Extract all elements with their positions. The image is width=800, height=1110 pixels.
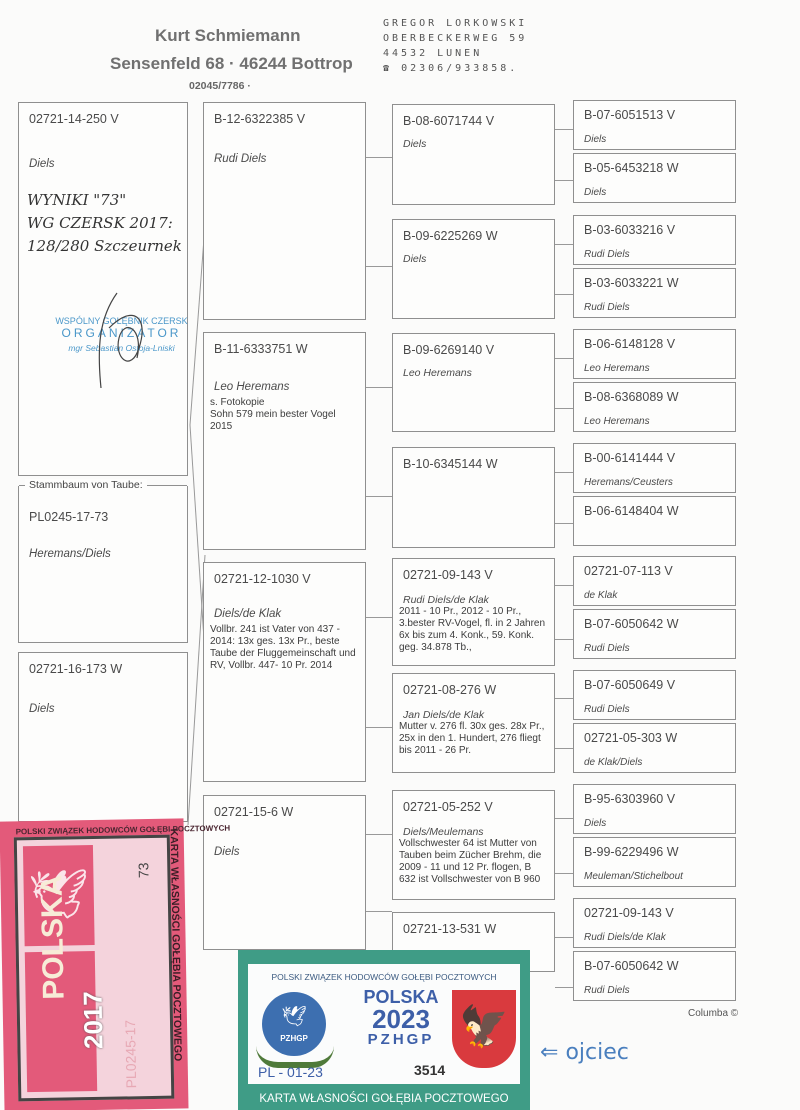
- connector-line: [366, 496, 392, 497]
- polish-eagle-emblem: 🦅: [452, 990, 516, 1068]
- signature-icon: [89, 288, 159, 398]
- pedigree-gen4-box: B-06-6148128 V Leo Heremans: [573, 329, 736, 379]
- pedigree-gen3-box: B-09-6225269 W Diels: [392, 219, 555, 319]
- breeder: Diels: [29, 703, 55, 715]
- ring-number: B-08-6368089 W: [584, 390, 679, 404]
- connector-line: [366, 266, 392, 267]
- ring-number: 02721-13-531 W: [403, 922, 496, 936]
- pedigree-gen4-box: B-08-6368089 W Leo Heremans: [573, 382, 736, 432]
- card-frame: 🕊 POLSKA 2017 PL0245-17 73: [14, 835, 175, 1102]
- breeder: Jan Diels/de Klak: [403, 709, 484, 721]
- father-label: ojciec: [565, 1040, 628, 1065]
- breeder: Leo Heremans: [403, 367, 472, 379]
- ring-number: B-08-6071744 V: [403, 114, 494, 128]
- breeder: Rudi Diels/de Klak: [403, 594, 489, 606]
- card-year: 2023: [356, 1006, 446, 1032]
- pedigree-gen4-box: B-06-6148404 W: [573, 496, 736, 546]
- connector-line: [366, 834, 392, 835]
- connector-line: [555, 180, 573, 181]
- arrow-left-icon: ⇐: [540, 1040, 558, 1065]
- connector-line: [555, 937, 573, 938]
- ring-number: B-07-6050649 V: [584, 678, 675, 692]
- connector-line: [366, 617, 392, 618]
- breeder: Leo Heremans: [584, 363, 650, 374]
- ring-number: 02721-15-6 W: [214, 805, 293, 819]
- pedigree-gen3-box: 02721-05-252 V Diels/Meulemans Vollschwe…: [392, 790, 555, 900]
- pedigree-gen2-box: 02721-15-6 W Diels: [203, 795, 366, 950]
- ring-number: B-09-6269140 V: [403, 343, 494, 357]
- ring-number: 02721-05-303 W: [584, 731, 677, 745]
- pedigree-gen4-box: B-95-6303960 V Diels: [573, 784, 736, 834]
- pedigree-gen4-box: 02721-09-143 V Rudi Diels/de Klak: [573, 898, 736, 948]
- owner-stamp-line2: OBERBECKERWEG 59: [383, 31, 527, 46]
- pedigree-gen4-box: B-07-6050642 W Rudi Diels: [573, 609, 736, 659]
- ring-number: B-10-6345144 W: [403, 457, 498, 471]
- connector-line: [555, 523, 573, 524]
- ring-number: 02721-07-113 V: [584, 564, 673, 578]
- ring-number: B-07-6050642 W: [584, 617, 679, 631]
- connector-line: [366, 157, 392, 158]
- owner-stamp-line1: GREGOR LORKOWSKI: [383, 16, 527, 31]
- subject-ring-number: PL0245-17-73: [29, 510, 108, 524]
- ring-number: B-06-6148404 W: [584, 504, 679, 518]
- ring-number: 02721-14-250 V: [29, 112, 119, 126]
- telephone-icon: ☎: [383, 63, 392, 74]
- subject-breeder: Heremans/Diels: [29, 548, 111, 560]
- pedigree-mother-box: 02721-16-173 W Diels: [18, 652, 188, 822]
- breeder: Diels/de Klak: [214, 608, 281, 620]
- ownership-card-2017: 🕊 POLSKA 2017 PL0245-17 73 POLSKI ZWIĄZE…: [0, 818, 189, 1110]
- connector-line: [555, 472, 573, 473]
- breeder: Diels: [584, 187, 606, 198]
- handwritten-results-note: WYNIKI "73" WG CZERSK 2017: 128/280 Szcz…: [27, 189, 182, 258]
- breeder: Diels: [403, 253, 426, 265]
- pedigree-gen4-box: B-03-6033221 W Rudi Diels: [573, 268, 736, 318]
- note-line: WG CZERSK 2017:: [27, 212, 182, 235]
- pedigree-gen3-box: 02721-09-143 V Rudi Diels/de Klak 2011 -…: [392, 558, 555, 666]
- pedigree-gen3-box: B-09-6269140 V Leo Heremans: [392, 333, 555, 432]
- pedigree-gen2-box: 02721-12-1030 V Diels/de Klak Vollbr. 24…: [203, 562, 366, 782]
- columba-credit: Columba ©: [688, 1008, 738, 1019]
- notes: Vollbr. 241 ist Vater von 437 - 2014: 13…: [210, 624, 361, 672]
- eagle-icon: 🦅: [452, 990, 516, 1064]
- connector-line: [555, 748, 573, 749]
- owner-stamp: GREGOR LORKOWSKI OBERBECKERWEG 59 44532 …: [383, 16, 527, 76]
- owner-stamp-line3: 44532 LUNEN: [383, 46, 527, 61]
- owner-stamp-phone: 02306/933858.: [401, 63, 518, 74]
- dove-icon: 🕊: [262, 1004, 326, 1029]
- card-country: POLSKA: [35, 874, 71, 1000]
- ring-number: B-95-6303960 V: [584, 792, 675, 806]
- breeder-name: Kurt Schmiemann: [155, 26, 300, 46]
- notes: Vollschwester 64 ist Mutter von Tauben b…: [399, 838, 550, 886]
- ring-number: B-09-6225269 W: [403, 229, 498, 243]
- connector-line: [366, 387, 392, 388]
- pedigree-gen4-box: B-03-6033216 V Rudi Diels: [573, 215, 736, 265]
- pedigree-gen4-box: B-07-6050642 W Rudi Diels: [573, 951, 736, 1001]
- ring-number: B-03-6033216 V: [584, 223, 675, 237]
- ring-number: B-11-6333751 W: [214, 342, 308, 356]
- pedigree-gen4-box: B-00-6141444 V Heremans/Ceusters: [573, 443, 736, 493]
- ring-number: B-03-6033221 W: [584, 276, 679, 290]
- breeder: de Klak: [584, 590, 617, 601]
- card-bottom-text: KARTA WŁASNOŚCI GOŁĘBIA POCZTOWEGO: [238, 1093, 530, 1105]
- connector-line: [555, 987, 573, 988]
- breeder: Rudi Diels: [584, 249, 630, 260]
- card-title: POLSKA 2023 PZHGP: [356, 988, 446, 1047]
- breeder-address: Sensenfeld 68 · 46244 Bottrop: [110, 54, 353, 74]
- ring-number: 02721-12-1030 V: [214, 572, 311, 586]
- breeder: Rudi Diels: [584, 643, 630, 654]
- note-line: WYNIKI "73": [27, 189, 182, 212]
- connector-line: [555, 358, 573, 359]
- ring-number: B-06-6148128 V: [584, 337, 675, 351]
- breeder: Diels: [29, 158, 55, 170]
- note-line: 128/280 Szczeurnek: [27, 235, 182, 258]
- pedigree-gen4-box: B-07-6050649 V Rudi Diels: [573, 670, 736, 720]
- breeder: Rudi Diels/de Klak: [584, 932, 666, 943]
- connector-line: [555, 408, 573, 409]
- pedigree-gen2-box: B-12-6322385 V Rudi Diels: [203, 102, 366, 320]
- card-org: POLSKI ZWIĄZEK HODOWCÓW GOŁĘBI POCZTOWYC…: [248, 972, 520, 982]
- pedigree-gen4-box: B-07-6051513 V Diels: [573, 100, 736, 150]
- connector-line: [555, 873, 573, 874]
- card-year: 2017: [77, 991, 109, 1049]
- ring-number: B-12-6322385 V: [214, 112, 305, 126]
- connector-line: [555, 698, 573, 699]
- breeder: Diels: [403, 138, 426, 150]
- card-abbr: PZHGP: [356, 1032, 446, 1047]
- handwritten-father-note: ⇐ ojciec: [540, 1040, 629, 1065]
- connector-line: [366, 727, 392, 728]
- logo-text: PZHGP: [262, 1034, 326, 1043]
- pedigree-gen2-box: B-11-6333751 W Leo Heremans s. Fotokopie…: [203, 332, 366, 550]
- card-code: PL - 01-23: [258, 1064, 323, 1080]
- notes: Mutter v. 276 fl. 30x ges. 28x Pr., 25x …: [399, 721, 550, 757]
- ring-number: B-07-6050642 W: [584, 959, 679, 973]
- pedigree-gen4-box: 02721-05-303 W de Klak/Diels: [573, 723, 736, 773]
- connector-line: [555, 639, 573, 640]
- connector-line: [555, 818, 573, 819]
- ring-number: B-99-6229496 W: [584, 845, 679, 859]
- breeder-phone: 02045/7786 ·: [189, 80, 251, 92]
- breeder: Rudi Diels: [584, 985, 630, 996]
- ring-number: 02721-16-173 W: [29, 662, 122, 676]
- breeder: Diels/Meulemans: [403, 826, 484, 838]
- breeder: Rudi Diels: [584, 704, 630, 715]
- card-ring: PL0245-17: [122, 1020, 139, 1089]
- ring-number: B-07-6051513 V: [584, 108, 675, 122]
- ring-number: 02721-09-143 V: [403, 568, 493, 582]
- pedigree-gen4-box: B-05-6453218 W Diels: [573, 153, 736, 203]
- ring-number: 02721-08-276 W: [403, 683, 496, 697]
- connector-line: [555, 294, 573, 295]
- notes: 2011 - 10 Pr., 2012 - 10 Pr., 3.bester R…: [399, 606, 550, 654]
- connector-line: [366, 911, 392, 912]
- connector-line: [555, 244, 573, 245]
- pedigree-gen3-box: 02721-08-276 W Jan Diels/de Klak Mutter …: [392, 673, 555, 773]
- card-number: 3514: [414, 1062, 445, 1078]
- breeder: Meuleman/Stichelbout: [584, 871, 683, 882]
- ring-number: B-05-6453218 W: [584, 161, 679, 175]
- pedigree-gen3-box: B-10-6345144 W: [392, 447, 555, 548]
- breeder: Diels: [584, 134, 606, 145]
- pedigree-gen3-box: B-08-6071744 V Diels: [392, 104, 555, 205]
- breeder: Leo Heremans: [584, 416, 650, 427]
- subject-legend: Stammbaum von Taube:: [25, 479, 147, 491]
- connector-line: [555, 585, 573, 586]
- pedigree-gen4-box: B-99-6229496 W Meuleman/Stichelbout: [573, 837, 736, 887]
- subject-box: Stammbaum von Taube: PL0245-17-73 Herema…: [18, 486, 188, 643]
- ring-number: B-00-6141444 V: [584, 451, 675, 465]
- pedigree-gen4-box: 02721-07-113 V de Klak: [573, 556, 736, 606]
- breeder: Diels: [214, 846, 240, 858]
- ownership-card-2023: POLSKI ZWIĄZEK HODOWCÓW GOŁĘBI POCZTOWYC…: [238, 950, 530, 1110]
- breeder: Leo Heremans: [214, 381, 289, 393]
- breeder: de Klak/Diels: [584, 757, 642, 768]
- connector-line: [555, 129, 573, 130]
- breeder: Heremans/Ceusters: [584, 477, 673, 488]
- breeder: Rudi Diels: [214, 153, 266, 165]
- pedigree-father-box: 02721-14-250 V Diels WYNIKI "73" WG CZER…: [18, 102, 188, 476]
- breeder: Rudi Diels: [584, 302, 630, 313]
- ring-number: 02721-05-252 V: [403, 800, 493, 814]
- ring-number: 02721-09-143 V: [584, 906, 674, 920]
- notes: s. Fotokopie Sohn 579 mein bester Vogel …: [210, 397, 361, 433]
- card-number: 73: [135, 862, 151, 878]
- breeder: Diels: [584, 818, 606, 829]
